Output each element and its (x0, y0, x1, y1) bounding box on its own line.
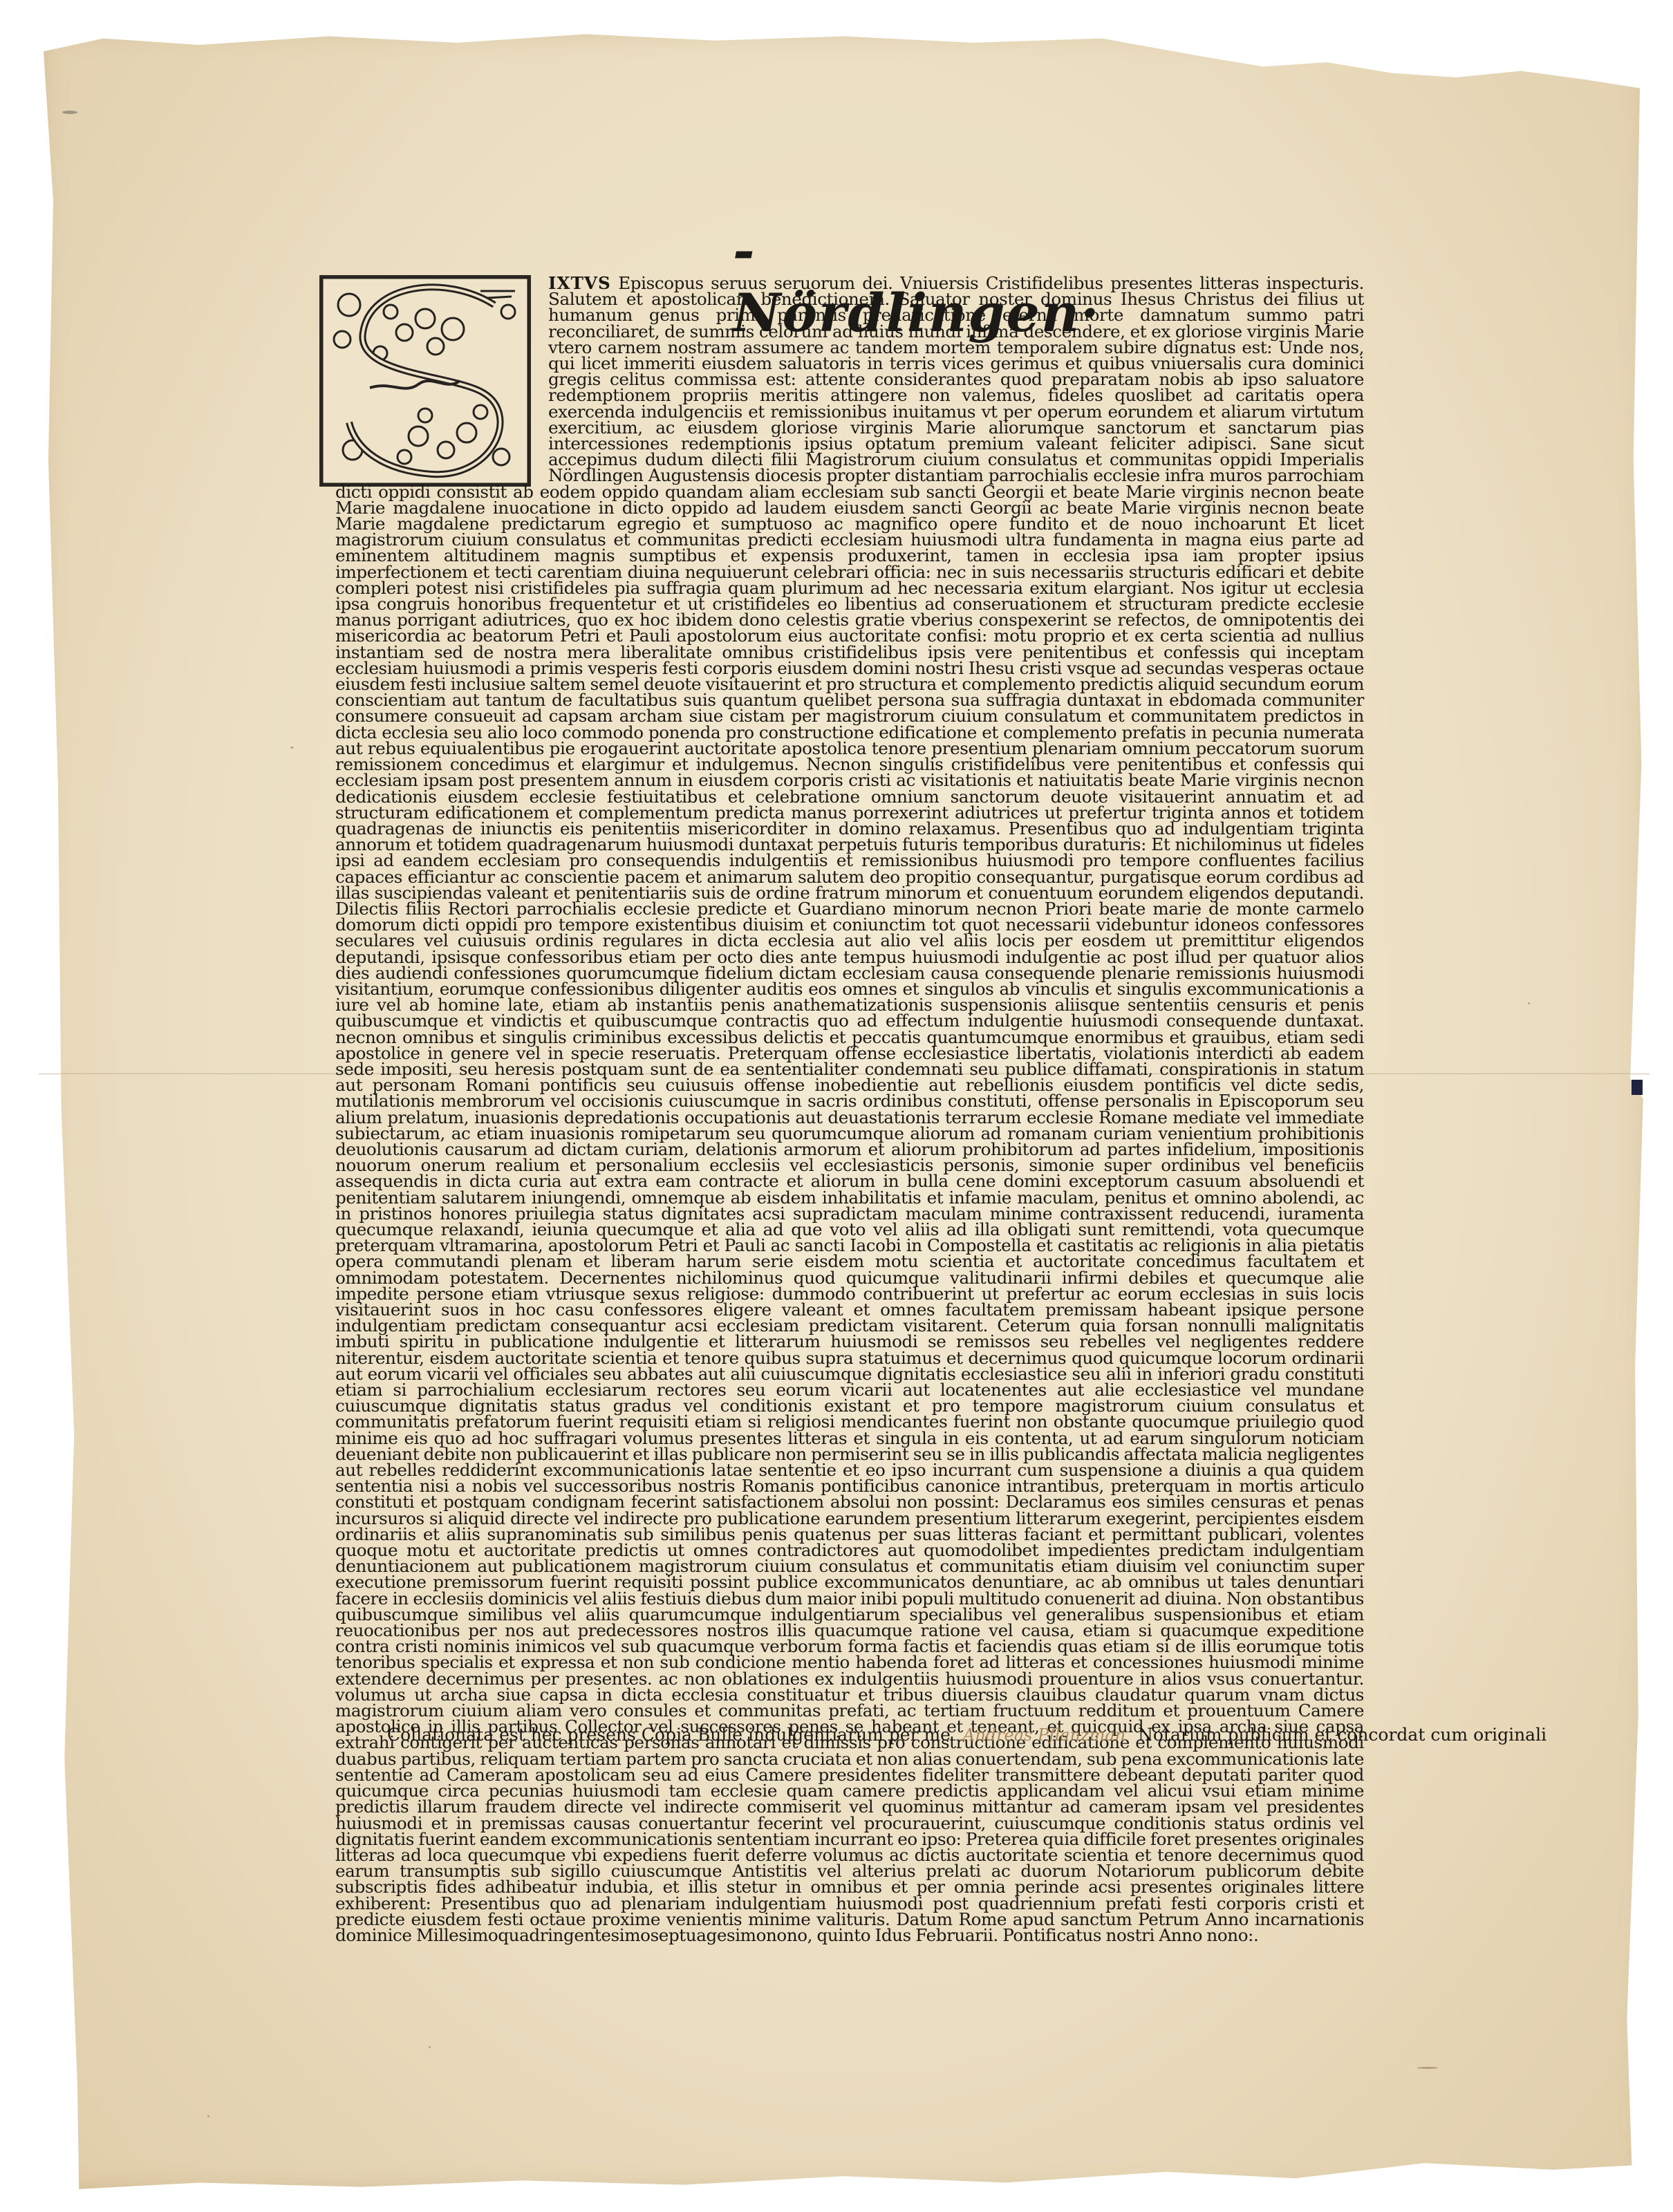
body-paragraph: Episcopus seruus seruorum dei. Vniuersis… (335, 273, 1364, 1945)
notarial-attestation: Collationata est hec presens Copia Bulle… (387, 1718, 1355, 1752)
edge-tab-mark (1632, 1080, 1643, 1095)
title-dash: - (733, 220, 756, 281)
handwritten-signature: Andreas Pflanzman (956, 1725, 1132, 1745)
attestation-text-before: Collationata est hec presens Copia Bulle… (387, 1725, 951, 1745)
attestation-text-after: Notarium publicum et concordat cum origi… (1138, 1725, 1546, 1745)
initial-spacer (335, 275, 541, 482)
bull-body-text: IXTVS Episcopus seruus seruorum dei. Vni… (335, 275, 1364, 1720)
